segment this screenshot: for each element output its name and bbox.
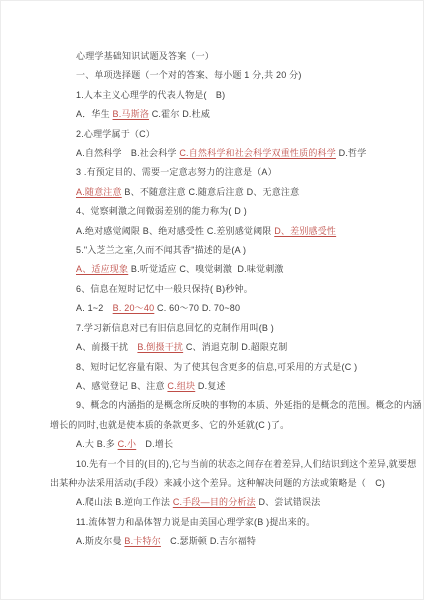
text-segment: 7.学习新信息对已有旧信息回忆的克制作用叫(B ) [76, 323, 274, 333]
text-segment: A、前摄干扰 [76, 342, 137, 352]
answer-highlight: B.倒摄干扰 [137, 342, 183, 352]
text-segment: A、感觉登记 B、注意 [76, 381, 167, 391]
answer-highlight: D、差别感受性 [274, 226, 336, 236]
options-line: A.大 B.多 C.小 D.增长 [50, 435, 403, 454]
text-segment: D.哲学 [336, 148, 367, 158]
text-segment: 增长的同时,也就是使本质的条款更多、它的外延就(C )了。 [50, 420, 289, 430]
question-stem: 9、概念的内涵指的是概念所反映的事物的本质、外延指的是概念的范围。概念的内涵 [50, 396, 403, 415]
text-segment: 6、信息在短时记忆中一般只保持( B)秒钟。 [76, 284, 253, 294]
options-line: A、适应现象 B.听觉适应 C、嗅觉刺激 D.味觉刺激 [50, 260, 403, 279]
question-stem: 4、觉察刺激之间微弱差别的能力称为( D ) [50, 202, 403, 221]
text-segment: 9、概念的内涵指的是概念所反映的事物的本质、外延指的是概念的范围。概念的内涵 [76, 400, 422, 410]
text-segment: A.自然科学 B.社会科学 [76, 148, 179, 158]
text-segment: 2.心理学属于（C） [76, 129, 155, 139]
options-line: A．华生 B.马斯洛 C.霍尔 D.杜威 [50, 105, 403, 124]
options-line: A.自然科学 B.社会科学 C.自然科学和社会科学双重性质的科学 D.哲学 [50, 144, 403, 163]
text-segment: C.霍尔 D.杜威 [149, 109, 210, 119]
options-line: A、前摄干扰 B.倒摄干扰 C、消退克制 D.超限克制 [50, 338, 403, 357]
text-segment: 8、短时记忆容量有限、为了使其包含更多的信息,可采用的方式是(C ) [76, 362, 357, 372]
answer-highlight: B.卡特尔 [124, 536, 161, 546]
text-segment: A.爬山法 B.逆向工作法 [76, 497, 173, 507]
answer-highlight: C.自然科学和社会科学双重性质的科学 [179, 148, 336, 158]
text-segment: 11.流体智力和晶体智力说是由美国心理学家(B )提出来的。 [76, 517, 315, 527]
text-segment: B、不随意注意 C.随意后注意 D、无意注意 [122, 187, 300, 197]
text-segment: C、消退克制 D.超限克制 [183, 342, 287, 352]
text-segment: B.听觉适应 C、嗅觉刺激 D.味觉刺激 [128, 264, 283, 274]
document-title: 心理学基础知识试题及答案（一） [50, 47, 403, 66]
answer-highlight: B. 20～40 [113, 303, 155, 313]
answer-highlight: C.手段—目的分析法 [173, 497, 256, 507]
question-continuation: 出某种办法采用活动(手段）来减小这个差异。这种解决问题的方法或策略是（ C) [50, 474, 403, 493]
text-segment: 10.先有一个目的(目的),它与当前的状态之间存在着差异,人们结识到这个差异,就… [76, 459, 416, 469]
answer-highlight: B.马斯洛 [113, 109, 150, 119]
text-segment: C. 60～70 D. 70~80 [154, 303, 240, 313]
question-stem: 7.学习新信息对已有旧信息回忆的克制作用叫(B ) [50, 319, 403, 338]
options-line: A.随意注意 B、不随意注意 C.随意后注意 D、无意注意 [50, 183, 403, 202]
text-segment: D.增长 [136, 439, 173, 449]
text-segment: A．华生 [76, 109, 113, 119]
options-line: A. 1~2 B. 20～40 C. 60～70 D. 70~80 [50, 299, 403, 318]
text-segment: A.斯皮尔曼 [76, 536, 124, 546]
text-segment: 一、单项选择题（一个对的答案、每小题 1 分,共 20 分) [76, 70, 302, 80]
text-segment: 出某种办法采用活动(手段）来减小这个差异。这种解决问题的方法或策略是（ C) [50, 478, 385, 488]
options-line: A.爬山法 B.逆向工作法 C.手段—目的分析法 D、尝试错误法 [50, 493, 403, 512]
options-line: A.斯皮尔曼 B.卡特尔 C.瑟斯顿 D.吉尔福特 [50, 532, 403, 551]
question-stem: 1.人本主义心理学的代表人物是( B) [50, 86, 403, 105]
section-heading: 一、单项选择题（一个对的答案、每小题 1 分,共 20 分) [50, 66, 403, 85]
options-line: A、感觉登记 B、注意 C.组块 D.复述 [50, 377, 403, 396]
answer-highlight: A、适应现象 [76, 264, 128, 274]
question-stem: 3 .有预定目的、需要一定意志努力的注意是（A） [50, 163, 403, 182]
question-stem: 10.先有一个目的(目的),它与当前的状态之间存在着差异,人们结识到这个差异,就… [50, 455, 403, 474]
text-segment: D.复述 [195, 381, 226, 391]
text-segment: 3 .有预定目的、需要一定意志努力的注意是（A） [76, 167, 277, 177]
text-segment: A.绝对感觉阈限 B、绝对感受性 C.差别感觉阈限 [76, 226, 274, 236]
question-stem: 11.流体智力和晶体智力说是由美国心理学家(B )提出来的。 [50, 513, 403, 532]
text-segment: 5."入芝兰之室,久而不闻其香"描述的是(A ) [76, 245, 246, 255]
text-segment: A. 1~2 [76, 303, 113, 313]
text-segment: A.大 B.多 [76, 439, 118, 449]
question-stem: 2.心理学属于（C） [50, 125, 403, 144]
options-line: A.绝对感觉阈限 B、绝对感受性 C.差别感觉阈限 D、差别感受性 [50, 222, 403, 241]
question-stem: 5."入芝兰之室,久而不闻其香"描述的是(A ) [50, 241, 403, 260]
text-segment: 1.人本主义心理学的代表人物是( B) [76, 90, 225, 100]
answer-highlight: C.小 [118, 439, 137, 449]
question-stem: 6、信息在短时记忆中一般只保持( B)秒钟。 [50, 280, 403, 299]
answer-highlight: A.随意注意 [76, 187, 122, 197]
answer-highlight: C.组块 [167, 381, 195, 391]
text-segment: 4、觉察刺激之间微弱差别的能力称为( D ) [76, 206, 247, 216]
document-body: 一、单项选择题（一个对的答案、每小题 1 分,共 20 分)1.人本主义心理学的… [50, 66, 403, 551]
question-stem: 8、短时记忆容量有限、为了使其包含更多的信息,可采用的方式是(C ) [50, 358, 403, 377]
text-segment: C.瑟斯顿 D.吉尔福特 [161, 536, 256, 546]
question-continuation: 增长的同时,也就是使本质的条款更多、它的外延就(C )了。 [50, 416, 403, 435]
document-page: 心理学基础知识试题及答案（一） 一、单项选择题（一个对的答案、每小题 1 分,共… [1, 1, 423, 599]
text-segment: D、尝试错误法 [256, 497, 321, 507]
